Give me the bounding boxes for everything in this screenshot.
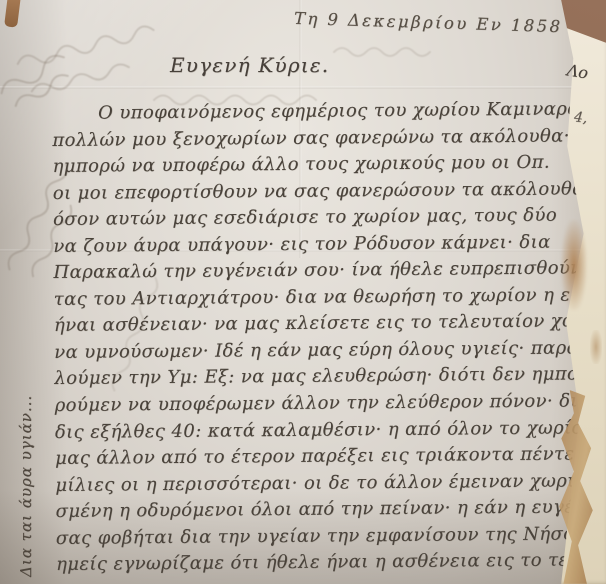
manuscript-page: Τη 9 Δεκεμβρίου Εν 1858 Ευγενή Κύριε. Ο …	[0, 0, 606, 584]
manuscript-line: ρούμεν να υποφέρωμεν άλλον την ελεύθερον…	[55, 388, 593, 419]
bleed-through-writing	[330, 40, 460, 62]
manuscript-line: ημπορώ να υποφέρω άλλο τους χωρικούς μου…	[52, 149, 590, 180]
left-margin-note: Δια ται άυρα υγιάν...	[17, 327, 41, 577]
manuscript-line: Ο υποφαινόμενος εφημέριος του χωρίου Καμ…	[52, 96, 590, 127]
salutation: Ευγενή Κύριε.	[170, 53, 329, 77]
dateline: Τη 9 Δεκεμβρίου Εν 1858	[294, 9, 563, 36]
adjacent-page-fragment: Λο	[566, 60, 590, 82]
adjacent-page-fragment: 4,	[573, 109, 588, 126]
manuscript-line: ημείς εγνωρίζαμε ότι ήθελε ήναι η ασθένε…	[56, 548, 594, 579]
manuscript-photo: Λο 4, Τη 9 Δεκεμβρίου Εν 1858	[0, 0, 606, 584]
letter-body: Ο υποφαινόμενος εφημέριος του χωρίου Καμ…	[52, 96, 594, 579]
manuscript-line: μας άλλον από το έτερον παρέξει εις τριά…	[55, 441, 593, 472]
